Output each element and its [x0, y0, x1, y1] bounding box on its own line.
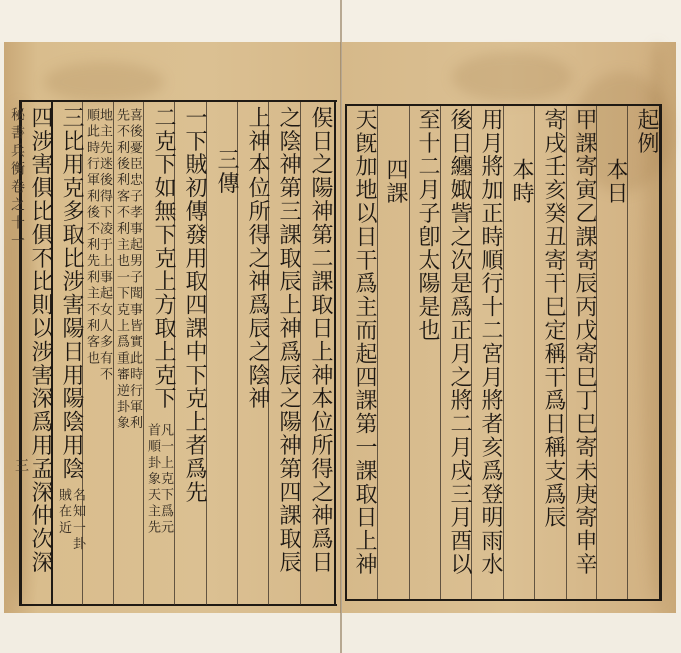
annotation-note: 賊在近 [56, 488, 71, 537]
annotation-note: 喜後憂臣忠子孝事起男子聞事皆實此時行軍利 [127, 108, 142, 432]
text-column: 二克下如無下克上方取上克下 [148, 106, 178, 410]
section-heading: 三傳 [211, 148, 241, 195]
annotation-note: 先不利後利客不利主也一下克上爲重審逆卦象 [114, 108, 129, 432]
text-column: 甲課寄寅乙課寄辰丙戊寄巳丁巳寄未庚寄申辛 [569, 108, 599, 576]
text-column: 四涉害俱比俱不比則以涉害深爲用孟深仲次深 [25, 106, 55, 574]
text-column: 天旣加地以日干爲主而起四課第一課取日上神 [349, 108, 379, 576]
text-column: 上神本位所得之神爲辰之陰神 [242, 106, 272, 410]
annotation-note: 凡一上克下爲元 [158, 423, 173, 536]
text-column: 之陰神第三課取辰上神爲辰之陽神第四課取辰 [273, 106, 303, 574]
text-column: 至十二月子卽太陽是也 [412, 108, 442, 342]
section-heading: 本時 [506, 158, 536, 205]
text-column: 一下賊初傳發用取四課中下克上者爲先 [179, 106, 209, 504]
column-rule [143, 102, 144, 605]
chapter-heading: 起例 [631, 108, 661, 155]
annotation-note: 順此時行軍利後不利先利主不利客也 [84, 108, 99, 367]
annotation-note: 名知一卦 [70, 488, 85, 553]
annotation-note: 地主先迷後得下凌于上事起女人多有不 [97, 108, 112, 383]
text-column: 三比用克多取比涉害陽日用陽陰用陰 [56, 106, 86, 480]
text-column: 寄戌壬亥癸丑寄干巳定稱干爲日稱支爲辰 [538, 108, 568, 529]
text-column: 㑨日之陽神第二課取日上神本位所得之神爲日 [305, 106, 335, 574]
text-column: 用月將加正時順行十二宮月將者亥爲登明雨水 [475, 108, 505, 576]
annotation-note: 首順卦象天主先 [145, 423, 160, 536]
text-column: 後日纏娵訾之次是爲正月之將二月戌三月酉以 [444, 108, 474, 576]
section-heading: 四課 [380, 158, 410, 205]
section-heading: 本日 [600, 158, 630, 205]
